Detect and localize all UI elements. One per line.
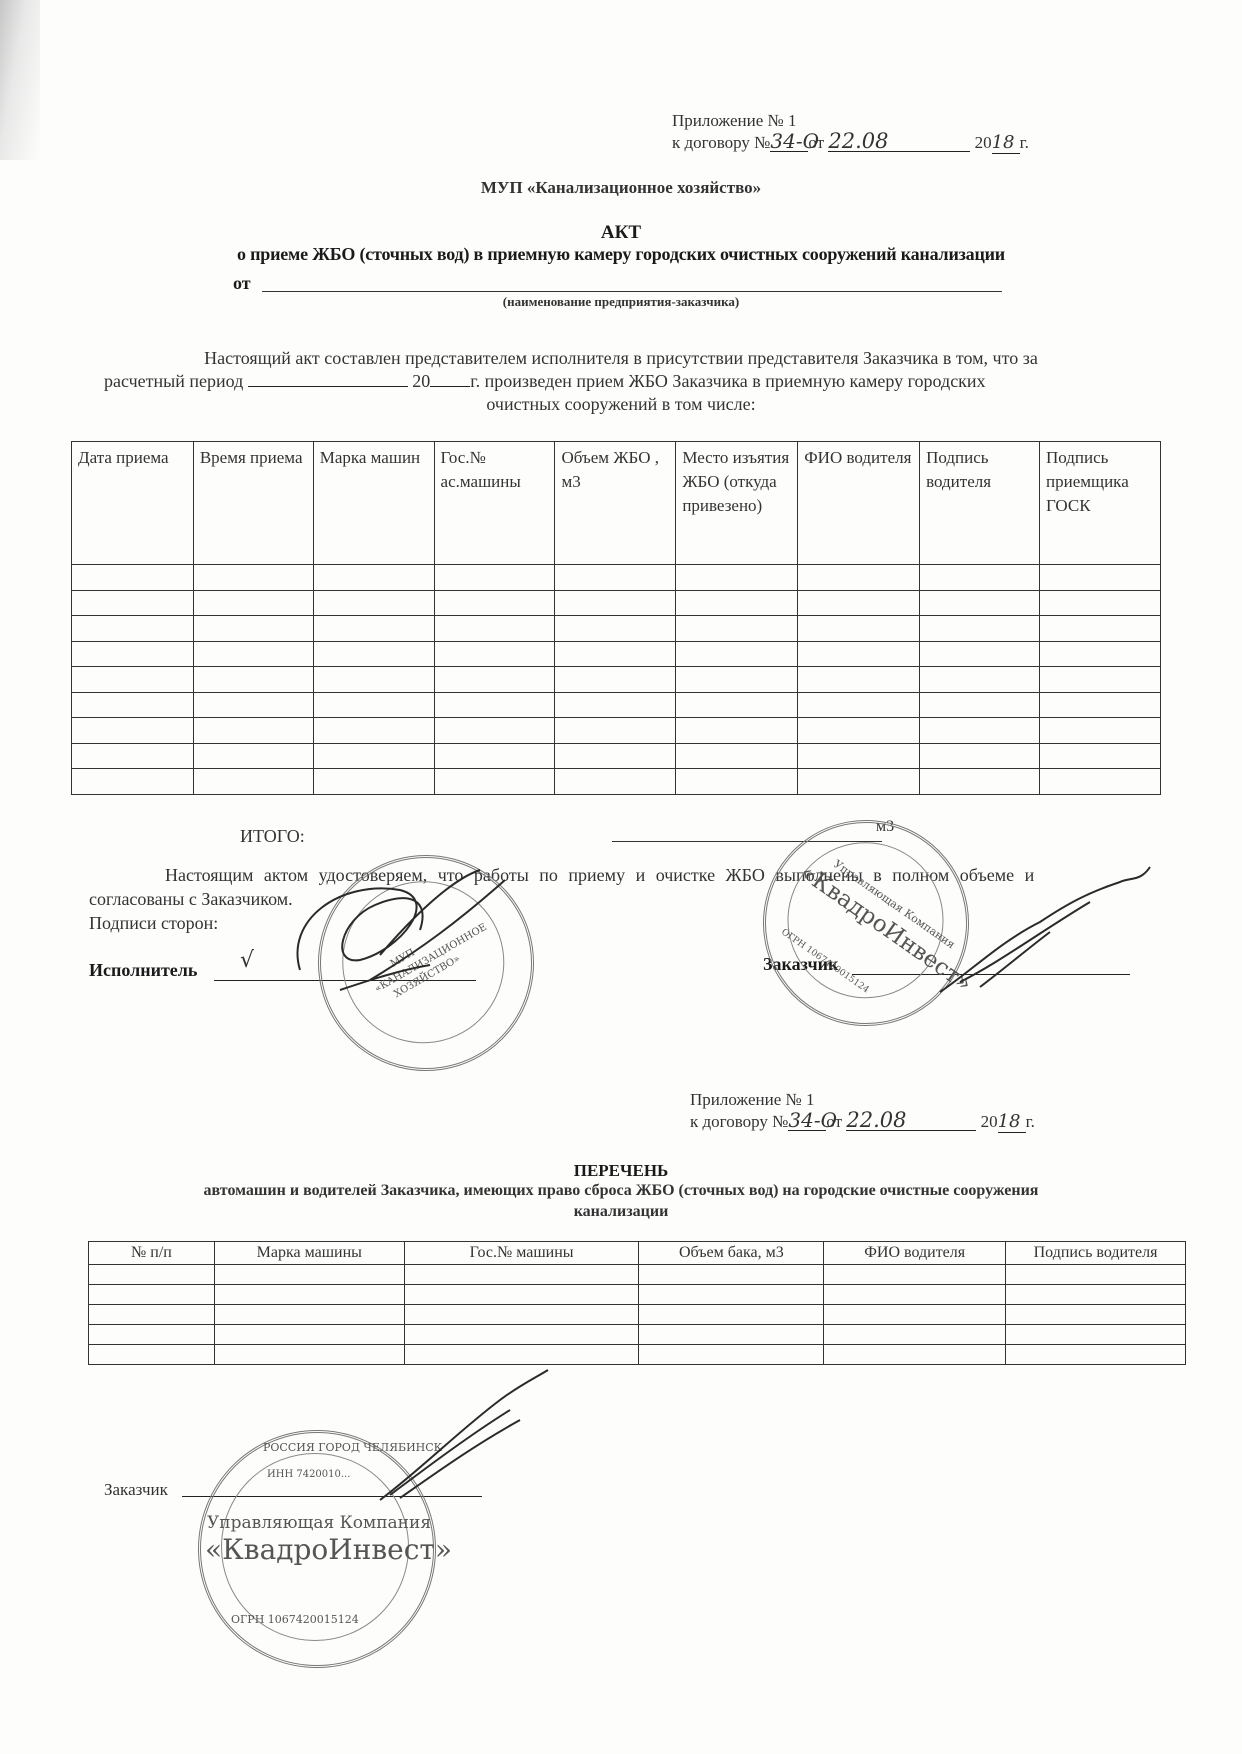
table-cell[interactable]	[798, 769, 920, 795]
table-cell[interactable]	[1040, 769, 1161, 795]
table-cell[interactable]	[676, 667, 798, 693]
list-subtitle-1: автомашин и водителей Заказчика, имеющих…	[0, 1182, 1242, 1200]
table-row	[72, 641, 1161, 667]
intro-line-1: Настоящий акт составлен представителем и…	[0, 348, 1242, 369]
table-cell[interactable]	[313, 616, 434, 642]
table-row	[72, 565, 1161, 591]
table-cell[interactable]	[434, 743, 555, 769]
table-cell[interactable]	[404, 1285, 639, 1305]
table-cell[interactable]	[89, 1265, 215, 1285]
table-header-row: № п/пМарка машиныГос.№ машиныОбъем бака,…	[89, 1242, 1186, 1265]
table-cell[interactable]	[1006, 1345, 1186, 1365]
column-header: ФИО водителя	[824, 1242, 1006, 1265]
table-cell[interactable]	[639, 1345, 824, 1365]
table-cell[interactable]	[1040, 616, 1161, 642]
table-cell[interactable]	[404, 1325, 639, 1345]
table-cell[interactable]	[1006, 1325, 1186, 1345]
table-cell[interactable]	[639, 1285, 824, 1305]
table-cell[interactable]	[193, 769, 313, 795]
table-cell[interactable]	[798, 692, 920, 718]
table-cell[interactable]	[313, 667, 434, 693]
table-row	[89, 1265, 1186, 1285]
table-cell[interactable]	[72, 769, 194, 795]
table-cell[interactable]	[676, 769, 798, 795]
total-label: ИТОГО:	[240, 826, 305, 847]
column-header: Время приема	[193, 442, 313, 565]
table-cell[interactable]	[89, 1325, 215, 1345]
table-row	[89, 1305, 1186, 1325]
table-cell[interactable]	[214, 1325, 404, 1345]
stamp-ogrn: ОГРН 1067420015124	[231, 1613, 359, 1626]
table-cell[interactable]	[72, 590, 194, 616]
table-cell[interactable]	[434, 616, 555, 642]
contract-number-field[interactable]: 34-О	[770, 131, 808, 152]
certify-line-2: согласованы с Заказчиком.	[89, 889, 293, 910]
column-header: Место изъятия ЖБО (откуда привезено)	[676, 442, 798, 565]
table-cell[interactable]	[434, 769, 555, 795]
act-title: АКТ	[0, 222, 1242, 244]
table-cell[interactable]	[920, 565, 1040, 591]
list-customer-signature-icon	[380, 1370, 550, 1510]
table-cell[interactable]	[1040, 667, 1161, 693]
customer-name-caption: (наименование предприятия-заказчика)	[0, 294, 1242, 310]
column-header: № п/п	[89, 1242, 215, 1265]
table-cell[interactable]	[72, 692, 194, 718]
billing-period-field[interactable]	[248, 386, 408, 387]
table-cell[interactable]	[555, 769, 676, 795]
table-cell[interactable]	[555, 565, 676, 591]
table-cell[interactable]	[798, 565, 920, 591]
column-header: ФИО водителя	[798, 442, 920, 565]
table-cell[interactable]	[798, 718, 920, 744]
table-cell[interactable]	[434, 641, 555, 667]
executor-signature-icon	[280, 860, 510, 1000]
stamp-company-name: «КвадроИнвест»	[205, 1533, 452, 1566]
contract-date-field[interactable]: 22.08	[828, 131, 970, 152]
appendix-reference-bottom: Приложение № 1 к договору №34-Оот 22.08 …	[690, 1090, 1035, 1133]
appendix-title: Приложение № 1	[690, 1090, 1035, 1110]
checkmark-icon: √	[240, 948, 254, 973]
table-cell[interactable]	[72, 641, 194, 667]
table-cell[interactable]	[676, 565, 798, 591]
contract-year-field[interactable]: 18	[998, 1112, 1026, 1133]
table-cell[interactable]	[676, 641, 798, 667]
table-cell[interactable]	[1040, 565, 1161, 591]
column-header: Объем бака, м3	[639, 1242, 824, 1265]
table-cell[interactable]	[1040, 743, 1161, 769]
document-page: Приложение № 1 к договору №34-Оот 22.08 …	[0, 0, 1242, 1754]
table-cell[interactable]	[313, 590, 434, 616]
column-header: Подпись водителя	[1006, 1242, 1186, 1265]
contract-reference: к договору №34-Оот 22.08 2018г.	[690, 1110, 1035, 1133]
table-cell[interactable]	[214, 1345, 404, 1365]
table-row	[89, 1285, 1186, 1305]
table-cell[interactable]	[1006, 1265, 1186, 1285]
table-cell[interactable]	[193, 616, 313, 642]
table-cell[interactable]	[555, 692, 676, 718]
table-cell[interactable]	[72, 667, 194, 693]
table-row	[72, 718, 1161, 744]
column-header: Гос.№ машины	[404, 1242, 639, 1265]
table-cell[interactable]	[193, 718, 313, 744]
list-customer-label: Заказчик	[104, 1480, 168, 1500]
table-row	[72, 692, 1161, 718]
table-cell[interactable]	[639, 1265, 824, 1285]
table-cell[interactable]	[798, 616, 920, 642]
intro-line-3: очистных сооружений в том числе:	[0, 394, 1242, 415]
table-cell[interactable]	[193, 743, 313, 769]
table-header-row: Дата приемаВремя приемаМарка машинГос.№ …	[72, 442, 1161, 565]
column-header: Гос.№ ас.машины	[434, 442, 555, 565]
vehicles-drivers-table: № п/пМарка машиныГос.№ машиныОбъем бака,…	[88, 1241, 1186, 1365]
table-cell[interactable]	[434, 718, 555, 744]
table-cell[interactable]	[1006, 1305, 1186, 1325]
stamp-inn: ИНН 7420010...	[267, 1469, 350, 1480]
table-cell[interactable]	[313, 718, 434, 744]
stamp-company-type: Управляющая Компания	[207, 1513, 431, 1533]
table-cell[interactable]	[920, 641, 1040, 667]
table-cell[interactable]	[639, 1305, 824, 1325]
table-cell[interactable]	[404, 1265, 639, 1285]
table-cell[interactable]	[193, 590, 313, 616]
table-cell[interactable]	[404, 1345, 639, 1365]
table-row	[89, 1345, 1186, 1365]
table-cell[interactable]	[193, 641, 313, 667]
column-header: Объем ЖБО , м3	[555, 442, 676, 565]
table-cell[interactable]	[313, 565, 434, 591]
intro-line-2: расчетный период 20г. произведен прием Ж…	[104, 371, 986, 392]
table-cell[interactable]	[920, 769, 1040, 795]
table-cell[interactable]	[1040, 590, 1161, 616]
column-header: Марка машины	[214, 1242, 404, 1265]
table-cell[interactable]	[920, 590, 1040, 616]
table-cell[interactable]	[434, 565, 555, 591]
organization-name: МУП «Канализационное хозяйство»	[0, 178, 1242, 198]
table-cell[interactable]	[676, 590, 798, 616]
column-header: Подпись водителя	[920, 442, 1040, 565]
table-cell[interactable]	[555, 641, 676, 667]
table-cell[interactable]	[824, 1325, 1006, 1345]
table-cell[interactable]	[434, 590, 555, 616]
contract-year-field[interactable]: 18	[992, 133, 1020, 154]
table-cell[interactable]	[555, 590, 676, 616]
table-cell[interactable]	[676, 743, 798, 769]
table-row	[72, 743, 1161, 769]
table-cell[interactable]	[798, 667, 920, 693]
table-cell[interactable]	[434, 692, 555, 718]
table-cell[interactable]	[193, 565, 313, 591]
table-cell[interactable]	[920, 692, 1040, 718]
table-cell[interactable]	[193, 692, 313, 718]
table-cell[interactable]	[555, 616, 676, 642]
table-row	[89, 1325, 1186, 1345]
list-title: ПЕРЕЧЕНЬ	[0, 1161, 1242, 1181]
table-cell[interactable]	[824, 1345, 1006, 1365]
table-cell[interactable]	[676, 692, 798, 718]
table-cell[interactable]	[313, 641, 434, 667]
table-row	[72, 590, 1161, 616]
table-cell[interactable]	[798, 743, 920, 769]
table-cell[interactable]	[824, 1285, 1006, 1305]
table-row	[72, 667, 1161, 693]
table-cell[interactable]	[920, 718, 1040, 744]
table-cell[interactable]	[193, 667, 313, 693]
table-cell[interactable]	[920, 667, 1040, 693]
table-row	[72, 616, 1161, 642]
contract-number-field[interactable]: 34-О	[788, 1110, 826, 1131]
table-cell[interactable]	[72, 565, 194, 591]
act-subtitle: о приеме ЖБО (сточных вод) в приемную ка…	[0, 244, 1242, 265]
table-cell[interactable]	[1040, 641, 1161, 667]
column-header: Марка машин	[313, 442, 434, 565]
contract-date-field[interactable]: 22.08	[846, 1110, 976, 1131]
table-cell[interactable]	[214, 1265, 404, 1285]
list-subtitle-2: канализации	[0, 1203, 1242, 1221]
table-cell[interactable]	[89, 1305, 215, 1325]
table-cell[interactable]	[639, 1325, 824, 1345]
table-cell[interactable]	[824, 1305, 1006, 1325]
table-cell[interactable]	[555, 667, 676, 693]
signatures-label: Подписи сторон:	[89, 913, 218, 934]
table-cell[interactable]	[313, 769, 434, 795]
table-cell[interactable]	[824, 1265, 1006, 1285]
table-cell[interactable]	[555, 718, 676, 744]
table-cell[interactable]	[89, 1345, 215, 1365]
act-from-label: от	[233, 273, 251, 294]
customer-name-field[interactable]	[262, 291, 1002, 292]
executor-label: Исполнитель	[89, 960, 197, 981]
table-cell[interactable]	[920, 616, 1040, 642]
table-cell[interactable]	[214, 1305, 404, 1325]
table-cell[interactable]	[72, 718, 194, 744]
appendix-reference-top: Приложение № 1 к договору №34-Оот 22.08 …	[672, 111, 1029, 154]
customer-signature-icon	[940, 862, 1160, 1002]
contract-reference: к договору №34-Оот 22.08 2018г.	[672, 131, 1029, 154]
table-cell[interactable]	[313, 743, 434, 769]
table-cell[interactable]	[89, 1285, 215, 1305]
table-row	[72, 769, 1161, 795]
act-reception-table: Дата приемаВремя приемаМарка машинГос.№ …	[71, 441, 1161, 795]
column-header: Дата приема	[72, 442, 194, 565]
table-cell[interactable]	[798, 590, 920, 616]
billing-year-field[interactable]	[430, 386, 470, 387]
appendix-title: Приложение № 1	[672, 111, 1029, 131]
table-cell[interactable]	[434, 667, 555, 693]
table-cell[interactable]	[72, 616, 194, 642]
table-cell[interactable]	[1040, 718, 1161, 744]
table-cell[interactable]	[404, 1305, 639, 1325]
table-cell[interactable]	[1006, 1285, 1186, 1305]
column-header: Подпись приемщика ГОСК	[1040, 442, 1161, 565]
table-cell[interactable]	[214, 1285, 404, 1305]
scan-edge-shadow	[0, 0, 40, 160]
table-cell[interactable]	[313, 692, 434, 718]
table-cell[interactable]	[1040, 692, 1161, 718]
table-cell[interactable]	[920, 743, 1040, 769]
table-cell[interactable]	[555, 743, 676, 769]
table-cell[interactable]	[676, 616, 798, 642]
table-cell[interactable]	[676, 718, 798, 744]
table-cell[interactable]	[72, 743, 194, 769]
table-cell[interactable]	[798, 641, 920, 667]
